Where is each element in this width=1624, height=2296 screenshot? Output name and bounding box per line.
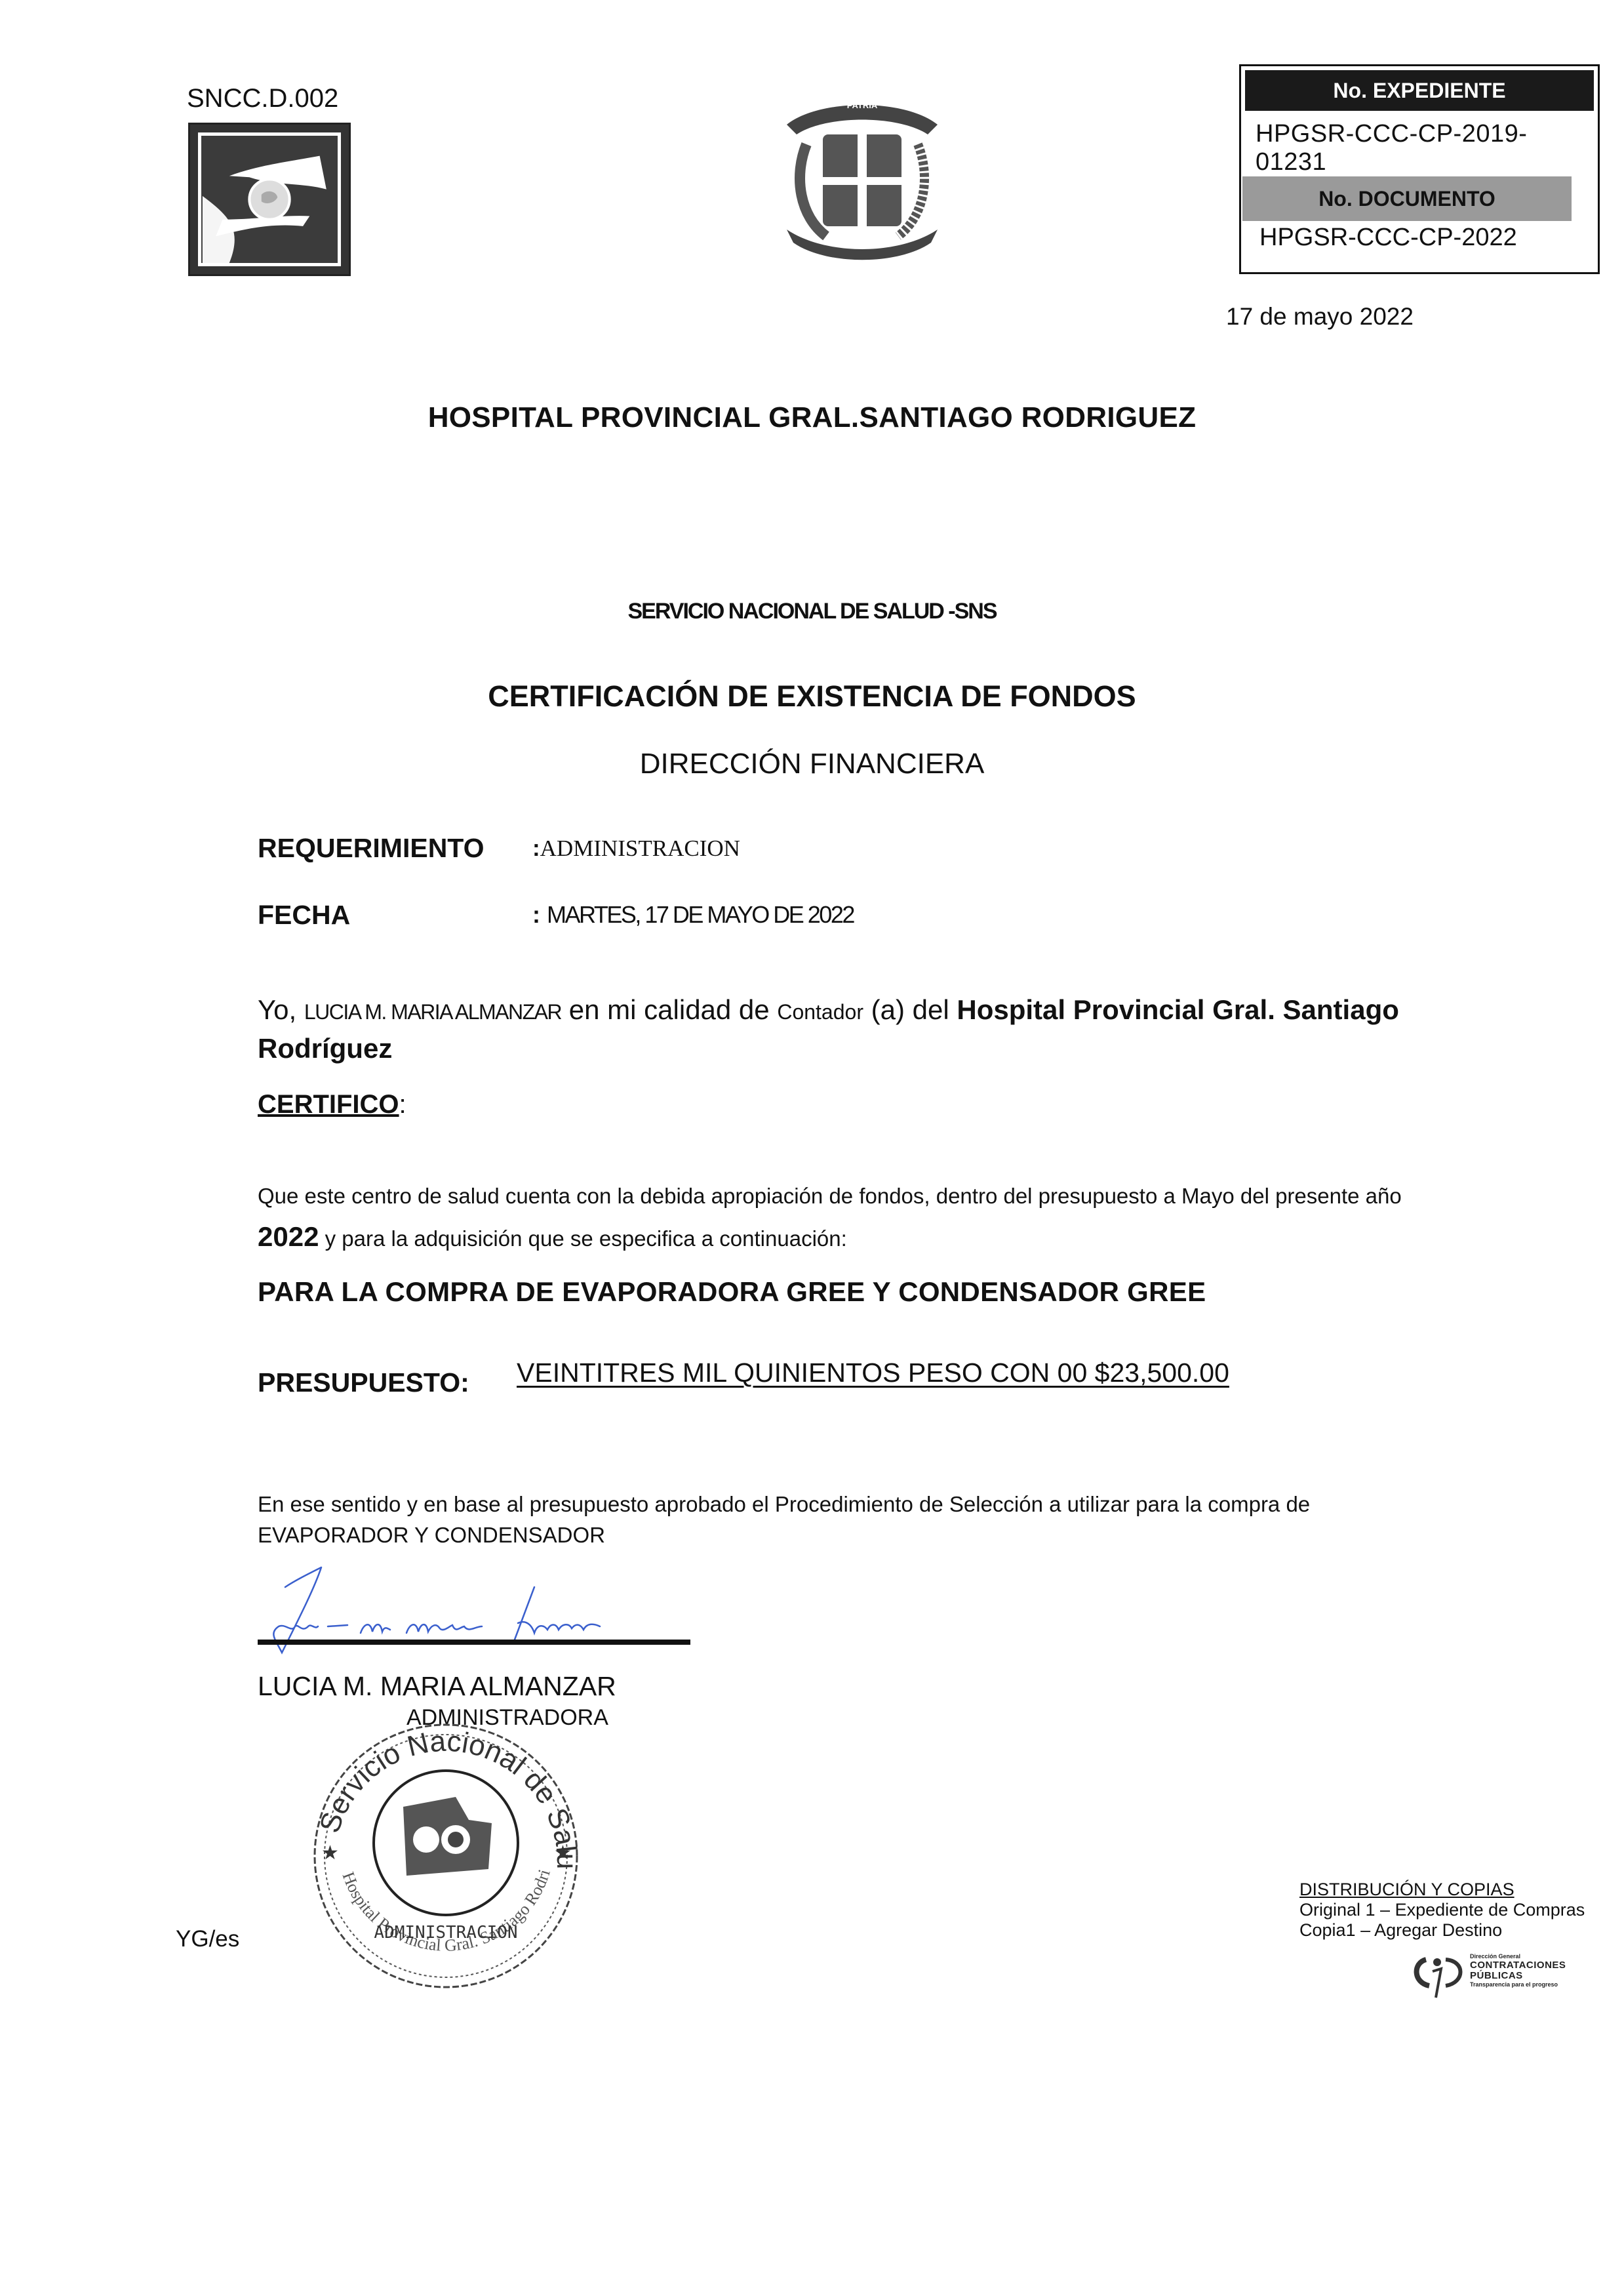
official-stamp: Servicio Nacional de Salud Hospital Prov…: [288, 1712, 603, 2000]
dgcp-icon: [1410, 1953, 1469, 1999]
typist-initials: YG/es: [176, 1926, 239, 1952]
selection-paragraph: En ese sentido y en base al presupuesto …: [258, 1489, 1438, 1550]
budget-label: PRESUPUESTO:: [258, 1367, 469, 1398]
document-date: 17 de mayo 2022: [1226, 303, 1414, 331]
statement-role-suffix: (a) del: [871, 994, 949, 1025]
statement-role: Contador: [777, 1000, 863, 1024]
budget-value: VEINTITRES MIL QUINIENTOS PESO CON 00 $2…: [517, 1358, 1229, 1388]
paragraph-year: 2022: [258, 1221, 319, 1252]
distribution-copies: DISTRIBUCIÓN Y COPIAS Original 1 – Exped…: [1299, 1880, 1585, 1941]
distribution-line: Original 1 – Expediente de Compras: [1299, 1900, 1585, 1920]
dgcp-line3: PÚBLICAS: [1470, 1971, 1566, 1981]
dgcp-line4: Transparencia para el progreso: [1470, 1981, 1566, 1988]
documento-label: No. DOCUMENTO: [1242, 176, 1572, 221]
certification-title: CERTIFICACIÓN DE EXISTENCIA DE FONDOS: [0, 679, 1624, 714]
dgcp-line2: CONTRATACIONES: [1470, 1960, 1566, 1971]
certifico-colon: :: [399, 1090, 406, 1119]
fecha-field: :MARTES, 17 DE MAYO DE 2022: [532, 901, 854, 929]
distribution-line: Copia1 – Agregar Destino: [1299, 1920, 1585, 1941]
dgcp-logo: Dirección General CONTRATACIONES PÚBLICA…: [1410, 1953, 1580, 1999]
expediente-value: HPGSR-CCC-CP-2019-01231: [1256, 120, 1598, 176]
expediente-label: No. EXPEDIENTE: [1245, 70, 1594, 111]
expediente-box: No. EXPEDIENTE HPGSR-CCC-CP-2019-01231 N…: [1239, 64, 1600, 274]
statement-name: LUCIA M. MARIA ALMANZAR: [304, 1000, 561, 1024]
fecha-value: MARTES, 17 DE MAYO DE 2022: [547, 901, 854, 928]
distribution-heading: DISTRIBUCIÓN Y COPIAS: [1299, 1880, 1585, 1900]
requerimiento-label: REQUERIMIENTO: [258, 833, 485, 864]
form-code: SNCC.D.002: [187, 84, 338, 113]
paragraph-text-2: y para la adquisición que se especifica …: [325, 1226, 847, 1251]
sncc-logo: [188, 123, 351, 276]
signer-name: LUCIA M. MARIA ALMANZAR: [258, 1671, 616, 1702]
svg-text:PATRIA: PATRIA: [847, 100, 878, 110]
svg-text:★: ★: [554, 1842, 572, 1864]
statement-yo: Yo,: [258, 994, 296, 1025]
paragraph-text: Que este centro de salud cuenta con la d…: [258, 1184, 1402, 1208]
separator: :: [532, 901, 540, 928]
coat-of-arms-icon: PATRIA: [767, 79, 957, 269]
fecha-label: FECHA: [258, 900, 350, 931]
svg-text:ADMINISTRACION: ADMINISTRACION: [374, 1923, 517, 1943]
certification-paragraph: Que este centro de salud cuenta con la d…: [258, 1176, 1438, 1259]
statement: Yo, LUCIA M. MARIA ALMANZAR en mi calida…: [258, 992, 1438, 1067]
statement-calidad: en mi calidad de: [569, 994, 770, 1025]
documento-value: HPGSR-CCC-CP-2022: [1259, 224, 1517, 252]
certifico-heading: CERTIFICO:: [258, 1090, 406, 1119]
hospital-title: HOSPITAL PROVINCIAL GRAL.SANTIAGO RODRIG…: [0, 401, 1624, 434]
purchase-description: PARA LA COMPRA DE EVAPORADORA GREE Y CON…: [258, 1276, 1206, 1308]
certifico-label: CERTIFICO: [258, 1090, 399, 1119]
department-title: DIRECCIÓN FINANCIERA: [0, 748, 1624, 780]
signature-line: [258, 1640, 690, 1645]
svg-text:★: ★: [321, 1842, 339, 1864]
hands-globe-icon: [201, 136, 338, 263]
requerimiento-field: :ADMINISTRACION: [532, 836, 740, 862]
requerimiento-value: ADMINISTRACION: [540, 836, 740, 861]
service-title: SERVICIO NACIONAL DE SALUD -SNS: [0, 599, 1624, 624]
separator: :: [532, 836, 540, 861]
